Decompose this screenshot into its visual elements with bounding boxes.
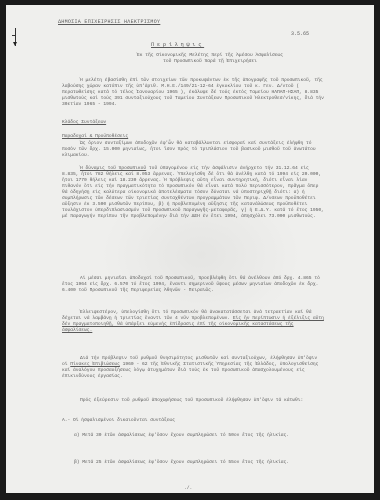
paragraph-average-earnings: Αἱ μέσαι μηνιαῖαι ἀποδοχαί τοῦ Προσωπικο… — [62, 276, 324, 294]
section-heading: Κλάδος Συντάξεων — [62, 120, 106, 126]
organization-header: ΔΗΜΟΣΙΑ ΕΠΙΧΕΙΡΗΣΙΣ ΗΛΕΚΤΡΙΣΜΟΥ — [58, 19, 160, 25]
paragraph-retirement-rate: Πρός ἐξεύρεσιν τοῦ ρυθμοῦ ἀποχωρήσεως το… — [62, 398, 324, 404]
list-item: β) Μετά 25 ἐτῶν ἀσφαλίσεως ἐφ'ὅσον ἔχουν… — [74, 460, 326, 466]
document-date: 3.5.65 — [291, 31, 309, 37]
paragraph-reclassification: Ἐλλειψεστέρον, ὑπελογίσθη ὅτι τό προσωπι… — [62, 310, 324, 334]
document-title: Περίληψις — [151, 42, 204, 48]
paragraph-staff-strength: Ἡ δύναμις τοῦ προσωπικοῦ τοῦ ὑπαγομένου … — [62, 166, 324, 220]
mortality-tables-ref: Πίνακες Ἐπιβιώσεως — [70, 362, 120, 367]
binder-hole-arrow-icon — [12, 28, 18, 48]
page-continuation-marker: ./. — [184, 486, 192, 492]
staff-strength-lead: Ἡ δύναμις τοῦ προσωπικοῦ — [80, 166, 146, 171]
list-item: α) Μετά 30 ἐτῶν ἀσφαλίσεως ἐφ'ὅσον ἔχουν… — [74, 433, 326, 439]
subsection-heading: Παραδοχαί & Προϋποθέσεις — [62, 134, 128, 140]
list-heading: Α.- Οἱ ἠσφαλισμένοι δικαιοῦνται συντάξεω… — [62, 418, 175, 424]
intro-paragraph: Ἡ μελέτη ἐβασίσθη ἐπί τῶν στοιχείων τῶν … — [62, 78, 324, 108]
paragraph-pension-ceiling: Ὡς ὅριον συνταξίμων ἀποδοχῶν ἐφ'ὧν θά κα… — [62, 141, 324, 159]
document-subtitle: Ἐκ τῆς Οἰκονομικῆς Μελέτης περί τῆς Ἀμέσ… — [90, 53, 330, 65]
staff-strength-body: τοῦ ὑπαγομένου εἰς τήν ἀσφάλισιν ἀνήρχετ… — [62, 166, 324, 219]
document-page: ΔΗΜΟΣΙΑ ΕΠΙΧΕΙΡΗΣΙΣ ΗΛΕΚΤΡΙΣΜΟΥ 3.5.65 Π… — [6, 5, 374, 493]
paragraph-mortality: Διά τήν πρόβλεψιν τοῦ ρυθμοῦ θνησιμότητο… — [62, 356, 324, 380]
subtitle-line-2: τοῦ Προσωπικοῦ παρά τῇ Ἐπιχειρήσει — [90, 59, 330, 65]
